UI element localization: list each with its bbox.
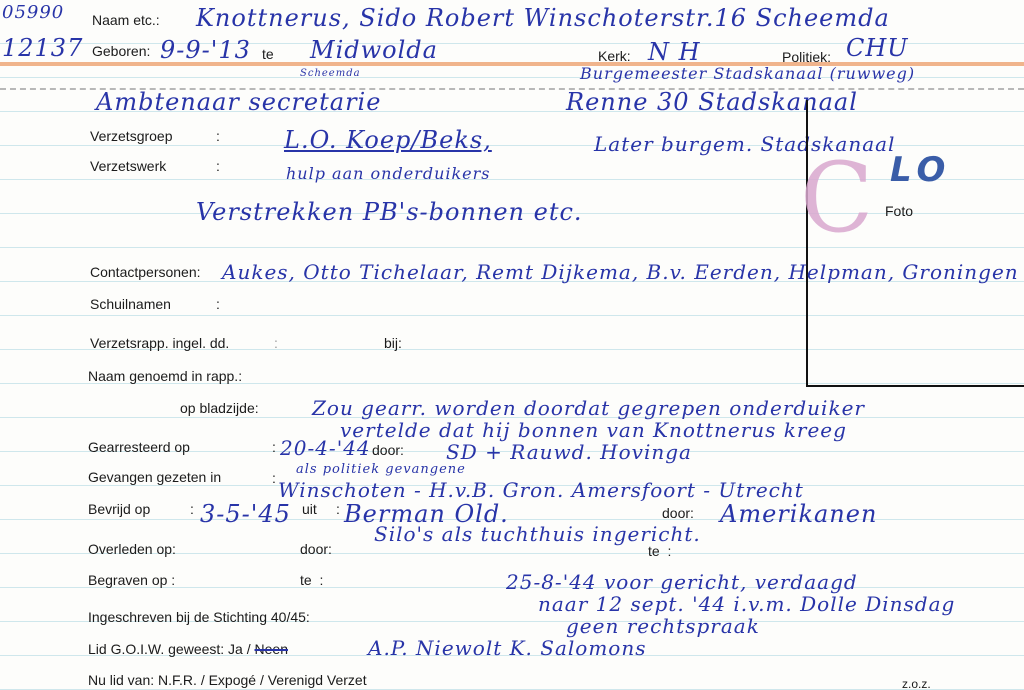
label-overleden: Overleden op: <box>88 541 176 557</box>
label-door-bevrijd: door: <box>662 505 694 521</box>
value-vonnis-2: naar 12 sept. '44 i.v.m. Dolle Dinsdag <box>538 592 955 616</box>
label-uit: uit <box>302 501 317 517</box>
colon: : <box>272 470 276 486</box>
label-te: te <box>262 46 274 62</box>
value-naam: Knottnerus, Sido Robert Winschoterstr.16… <box>196 4 890 32</box>
value-beroep-2: Ambtenaar secretarie <box>96 88 381 116</box>
value-rapport-2: vertelde dat hij bonnen van Knottnerus k… <box>340 418 847 442</box>
value-rapport-1: Zou gearr. worden doordat gegrepen onder… <box>312 396 865 420</box>
value-gearresteerd-door: SD + Rauwd. Hovinga <box>446 440 692 464</box>
value-vonnis-1: 25-8-'44 voor gericht, verdaagd <box>506 570 858 594</box>
lo-mark: LO <box>890 150 951 190</box>
label-te-begraven: te : <box>300 572 323 588</box>
value-kerk: N H <box>648 38 701 66</box>
value-verzetswerk-1: hulp aan onderduikers <box>286 164 491 183</box>
struck-neen: Neen <box>255 641 288 657</box>
colon: : <box>274 335 278 351</box>
value-beroep-1: Burgemeester Stadskanaal (ruwweg) <box>580 64 915 83</box>
value-verzetswerk-2: Verstrekken PB's-bonnen etc. <box>196 198 583 226</box>
value-bevrijd-door: Amerikanen <box>720 500 877 528</box>
label-gearresteerd: Gearresteerd op <box>88 439 190 455</box>
value-vonnis-3: geen rechtspraak <box>566 614 760 638</box>
archive-number-2: 12137 <box>2 34 83 62</box>
index-card: 05990 12137 Naam etc.: Knottnerus, Sido … <box>0 0 1024 690</box>
value-gearresteerd-datum: 20-4-'44 <box>280 436 371 460</box>
value-contactpersonen: Aukes, Otto Tichelaar, Remt Dijkema, B.v… <box>222 260 1019 284</box>
label-naam: Naam etc.: <box>92 12 160 28</box>
colon: : <box>336 501 340 517</box>
colon: : <box>272 439 276 455</box>
value-politiek: CHU <box>846 34 909 62</box>
label-nu-lid: Nu lid van: N.F.R. / Expogé / Verenigd V… <box>88 672 367 688</box>
label-bij: bij: <box>384 335 402 351</box>
value-bevrijd-datum: 3-5-'45 <box>200 500 291 528</box>
value-getuigen: A.P. Niewolt K. Salomons <box>368 636 646 660</box>
value-geboren-plaats: Midwolda <box>310 36 438 64</box>
label-gevangen: Gevangen gezeten in <box>88 469 221 485</box>
label-naam-genoemd: Naam genoemd in rapp.: <box>88 368 242 384</box>
verzetsgroep-text: L.O. Koep/Beks, <box>284 126 492 154</box>
archive-number-1: 05990 <box>2 2 64 23</box>
value-verzetsgroep: L.O. Koep/Beks, <box>284 126 492 154</box>
label-verzetsgroep: Verzetsgroep <box>90 128 173 144</box>
label-geboren: Geboren: <box>92 43 150 59</box>
value-geboren-note: Scheemda <box>300 68 361 79</box>
label-begraven: Begraven op : <box>88 572 175 588</box>
colon: : <box>190 501 194 517</box>
label-verzetsrapp: Verzetsrapp. ingel. dd. <box>90 335 229 351</box>
label-schuilnamen: Schuilnamen <box>90 296 171 312</box>
label-contactpersonen: Contactpersonen: <box>90 264 201 280</box>
label-bevrijd: Bevrijd op <box>88 501 150 517</box>
label-kerk: Kerk: <box>598 48 631 64</box>
label-door-overleden: door: <box>300 541 332 557</box>
label-op-bladzijde: op bladzijde: <box>180 400 259 416</box>
value-geboren-datum: 9-9-'13 <box>160 36 251 64</box>
label-verzetswerk: Verzetswerk <box>90 158 166 174</box>
label-ingeschreven: Ingeschreven bij de Stichting 40/45: <box>88 609 310 625</box>
value-gevangen-plaatsen: Winschoten - H.v.B. Gron. Amersfoort - U… <box>278 478 804 502</box>
value-gevangen-note: als politiek gevangene <box>296 462 466 477</box>
label-lid-goiw: Lid G.O.I.W. geweest: Ja / Neen <box>88 641 288 657</box>
colon: : <box>216 158 220 174</box>
stamp-c-mark: C <box>800 150 873 246</box>
label-te-overleden: te : <box>648 543 671 559</box>
label-foto: Foto <box>885 203 913 219</box>
colon: : <box>216 296 220 312</box>
label-zoz: z.o.z. <box>902 677 931 690</box>
colon: : <box>216 128 220 144</box>
label-politiek: Politiek: <box>782 49 831 65</box>
label-door: door: <box>372 442 404 458</box>
